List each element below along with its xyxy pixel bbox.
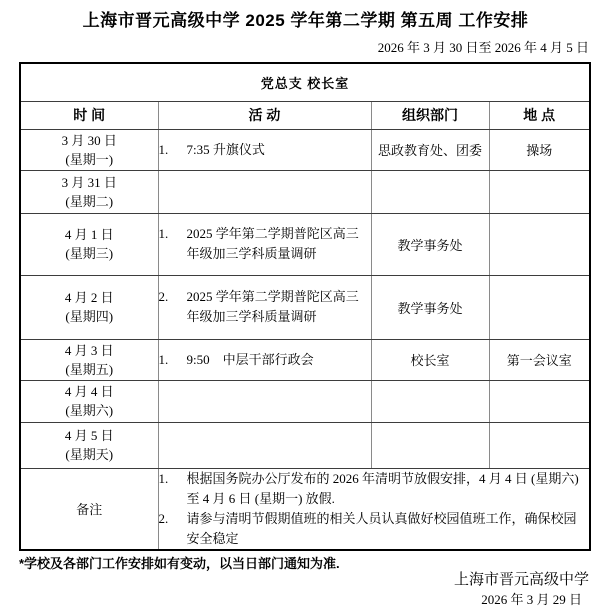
item-text: 根据国务院办公厅发布的 2026 年清明节放假安排，4 月 4 日 (星期六) …: [187, 469, 590, 509]
section-header-row: 党总支 校长室: [20, 63, 590, 101]
schedule-table: 党总支 校长室 时 间 活 动 组织部门 地 点 3 月 30 日 (星期一) …: [19, 62, 591, 551]
date-text: 4 月 4 日: [21, 382, 158, 401]
date-cell: 4 月 3 日 (星期五): [20, 339, 158, 380]
item-number: 1.: [159, 224, 187, 264]
item-number: 2.: [159, 509, 187, 549]
item-text: 请参与清明节假期值班的相关人员认真做好校园值班工作，确保校园安全稳定: [187, 509, 590, 549]
schedule-row-apr3: 4 月 3 日 (星期五) 1. 9:50 中层干部行政会 校长室 第一会议室: [20, 339, 590, 380]
item-text: 2025 学年第二学期普陀区高三年级加三学科质量调研: [187, 224, 371, 264]
item-number: 2.: [159, 287, 187, 327]
weekday-text: (星期三): [21, 244, 158, 263]
weekday-text: (星期一): [21, 150, 158, 169]
item-number: 1.: [159, 140, 187, 160]
item-number: 1.: [159, 350, 187, 370]
department-cell: 教学事务处: [371, 275, 489, 339]
schedule-row-apr4: 4 月 4 日 (星期六): [20, 380, 590, 422]
column-header-row: 时 间 活 动 组织部门 地 点: [20, 101, 590, 129]
date-text: 3 月 30 日: [21, 131, 158, 150]
activity-item: 2. 2025 学年第二学期普陀区高三年级加三学科质量调研: [159, 287, 371, 327]
weekday-text: (星期四): [21, 307, 158, 326]
weekday-text: (星期六): [21, 401, 158, 420]
date-text: 4 月 2 日: [21, 288, 158, 307]
location-cell: [489, 380, 590, 422]
location-cell: [489, 213, 590, 275]
document-page: 上海市晋元高级中学 2025 学年第二学期 第五周 工作安排 2026 年 3 …: [0, 0, 611, 614]
schedule-row-apr2: 4 月 2 日 (星期四) 2. 2025 学年第二学期普陀区高三年级加三学科质…: [20, 275, 590, 339]
remarks-row: 备注 1. 根据国务院办公厅发布的 2026 年清明节放假安排，4 月 4 日 …: [20, 468, 590, 550]
department-cell: 校长室: [371, 339, 489, 380]
department-cell: 教学事务处: [371, 213, 489, 275]
location-cell: [489, 422, 590, 468]
activity-cell: [158, 170, 371, 213]
date-cell: 4 月 5 日 (星期天): [20, 422, 158, 468]
item-text: 9:50 中层干部行政会: [187, 350, 371, 370]
schedule-row-mar31: 3 月 31 日 (星期二): [20, 170, 590, 213]
signature-date: 2026 年 3 月 29 日: [454, 590, 589, 610]
date-range: 2026 年 3 月 30 日至 2026 年 4 月 5 日: [378, 37, 589, 56]
remark-item: 2. 请参与清明节假期值班的相关人员认真做好校园值班工作，确保校园安全稳定: [159, 509, 590, 549]
date-text: 4 月 3 日: [21, 341, 158, 360]
footnote: *学校及各部门工作安排如有变动，以当日部门通知为准.: [19, 553, 340, 572]
section-title: 党总支 校长室: [20, 63, 590, 101]
schedule-row-apr5: 4 月 5 日 (星期天): [20, 422, 590, 468]
date-cell: 4 月 1 日 (星期三): [20, 213, 158, 275]
date-cell: 4 月 2 日 (星期四): [20, 275, 158, 339]
remarks-label: 备注: [20, 468, 158, 550]
department-cell: [371, 380, 489, 422]
col-header-department: 组织部门: [371, 101, 489, 129]
col-header-location: 地 点: [489, 101, 590, 129]
remark-item: 1. 根据国务院办公厅发布的 2026 年清明节放假安排，4 月 4 日 (星期…: [159, 469, 590, 509]
page-title: 上海市晋元高级中学 2025 学年第二学期 第五周 工作安排: [0, 6, 611, 31]
date-cell: 3 月 31 日 (星期二): [20, 170, 158, 213]
activity-cell: 1. 9:50 中层干部行政会: [158, 339, 371, 380]
date-cell: 4 月 4 日 (星期六): [20, 380, 158, 422]
weekday-text: (星期二): [21, 192, 158, 211]
activity-cell: 1. 2025 学年第二学期普陀区高三年级加三学科质量调研: [158, 213, 371, 275]
date-cell: 3 月 30 日 (星期一): [20, 129, 158, 170]
date-text: 3 月 31 日: [21, 173, 158, 192]
location-cell: [489, 170, 590, 213]
weekday-text: (星期天): [21, 445, 158, 464]
department-cell: 思政教育处、团委: [371, 129, 489, 170]
item-number: 1.: [159, 469, 187, 509]
remarks-cell: 1. 根据国务院办公厅发布的 2026 年清明节放假安排，4 月 4 日 (星期…: [158, 468, 590, 550]
item-text: 7:35 升旗仪式: [187, 140, 371, 160]
date-text: 4 月 1 日: [21, 225, 158, 244]
activity-item: 1. 9:50 中层干部行政会: [159, 350, 371, 370]
activity-cell: 2. 2025 学年第二学期普陀区高三年级加三学科质量调研: [158, 275, 371, 339]
weekday-text: (星期五): [21, 360, 158, 379]
location-cell: 操场: [489, 129, 590, 170]
activity-item: 1. 2025 学年第二学期普陀区高三年级加三学科质量调研: [159, 224, 371, 264]
date-text: 4 月 5 日: [21, 426, 158, 445]
signature-block: 上海市晋元高级中学 2026 年 3 月 29 日: [454, 570, 589, 610]
activity-cell: [158, 380, 371, 422]
location-cell: [489, 275, 590, 339]
signature-school: 上海市晋元高级中学: [454, 570, 589, 590]
activity-item: 1. 7:35 升旗仪式: [159, 140, 371, 160]
schedule-row-apr1: 4 月 1 日 (星期三) 1. 2025 学年第二学期普陀区高三年级加三学科质…: [20, 213, 590, 275]
item-text: 2025 学年第二学期普陀区高三年级加三学科质量调研: [187, 287, 371, 327]
schedule-row-mar30: 3 月 30 日 (星期一) 1. 7:35 升旗仪式 思政教育处、团委 操场: [20, 129, 590, 170]
location-cell: 第一会议室: [489, 339, 590, 380]
col-header-time: 时 间: [20, 101, 158, 129]
activity-cell: 1. 7:35 升旗仪式: [158, 129, 371, 170]
col-header-activity: 活 动: [158, 101, 371, 129]
department-cell: [371, 422, 489, 468]
activity-cell: [158, 422, 371, 468]
department-cell: [371, 170, 489, 213]
